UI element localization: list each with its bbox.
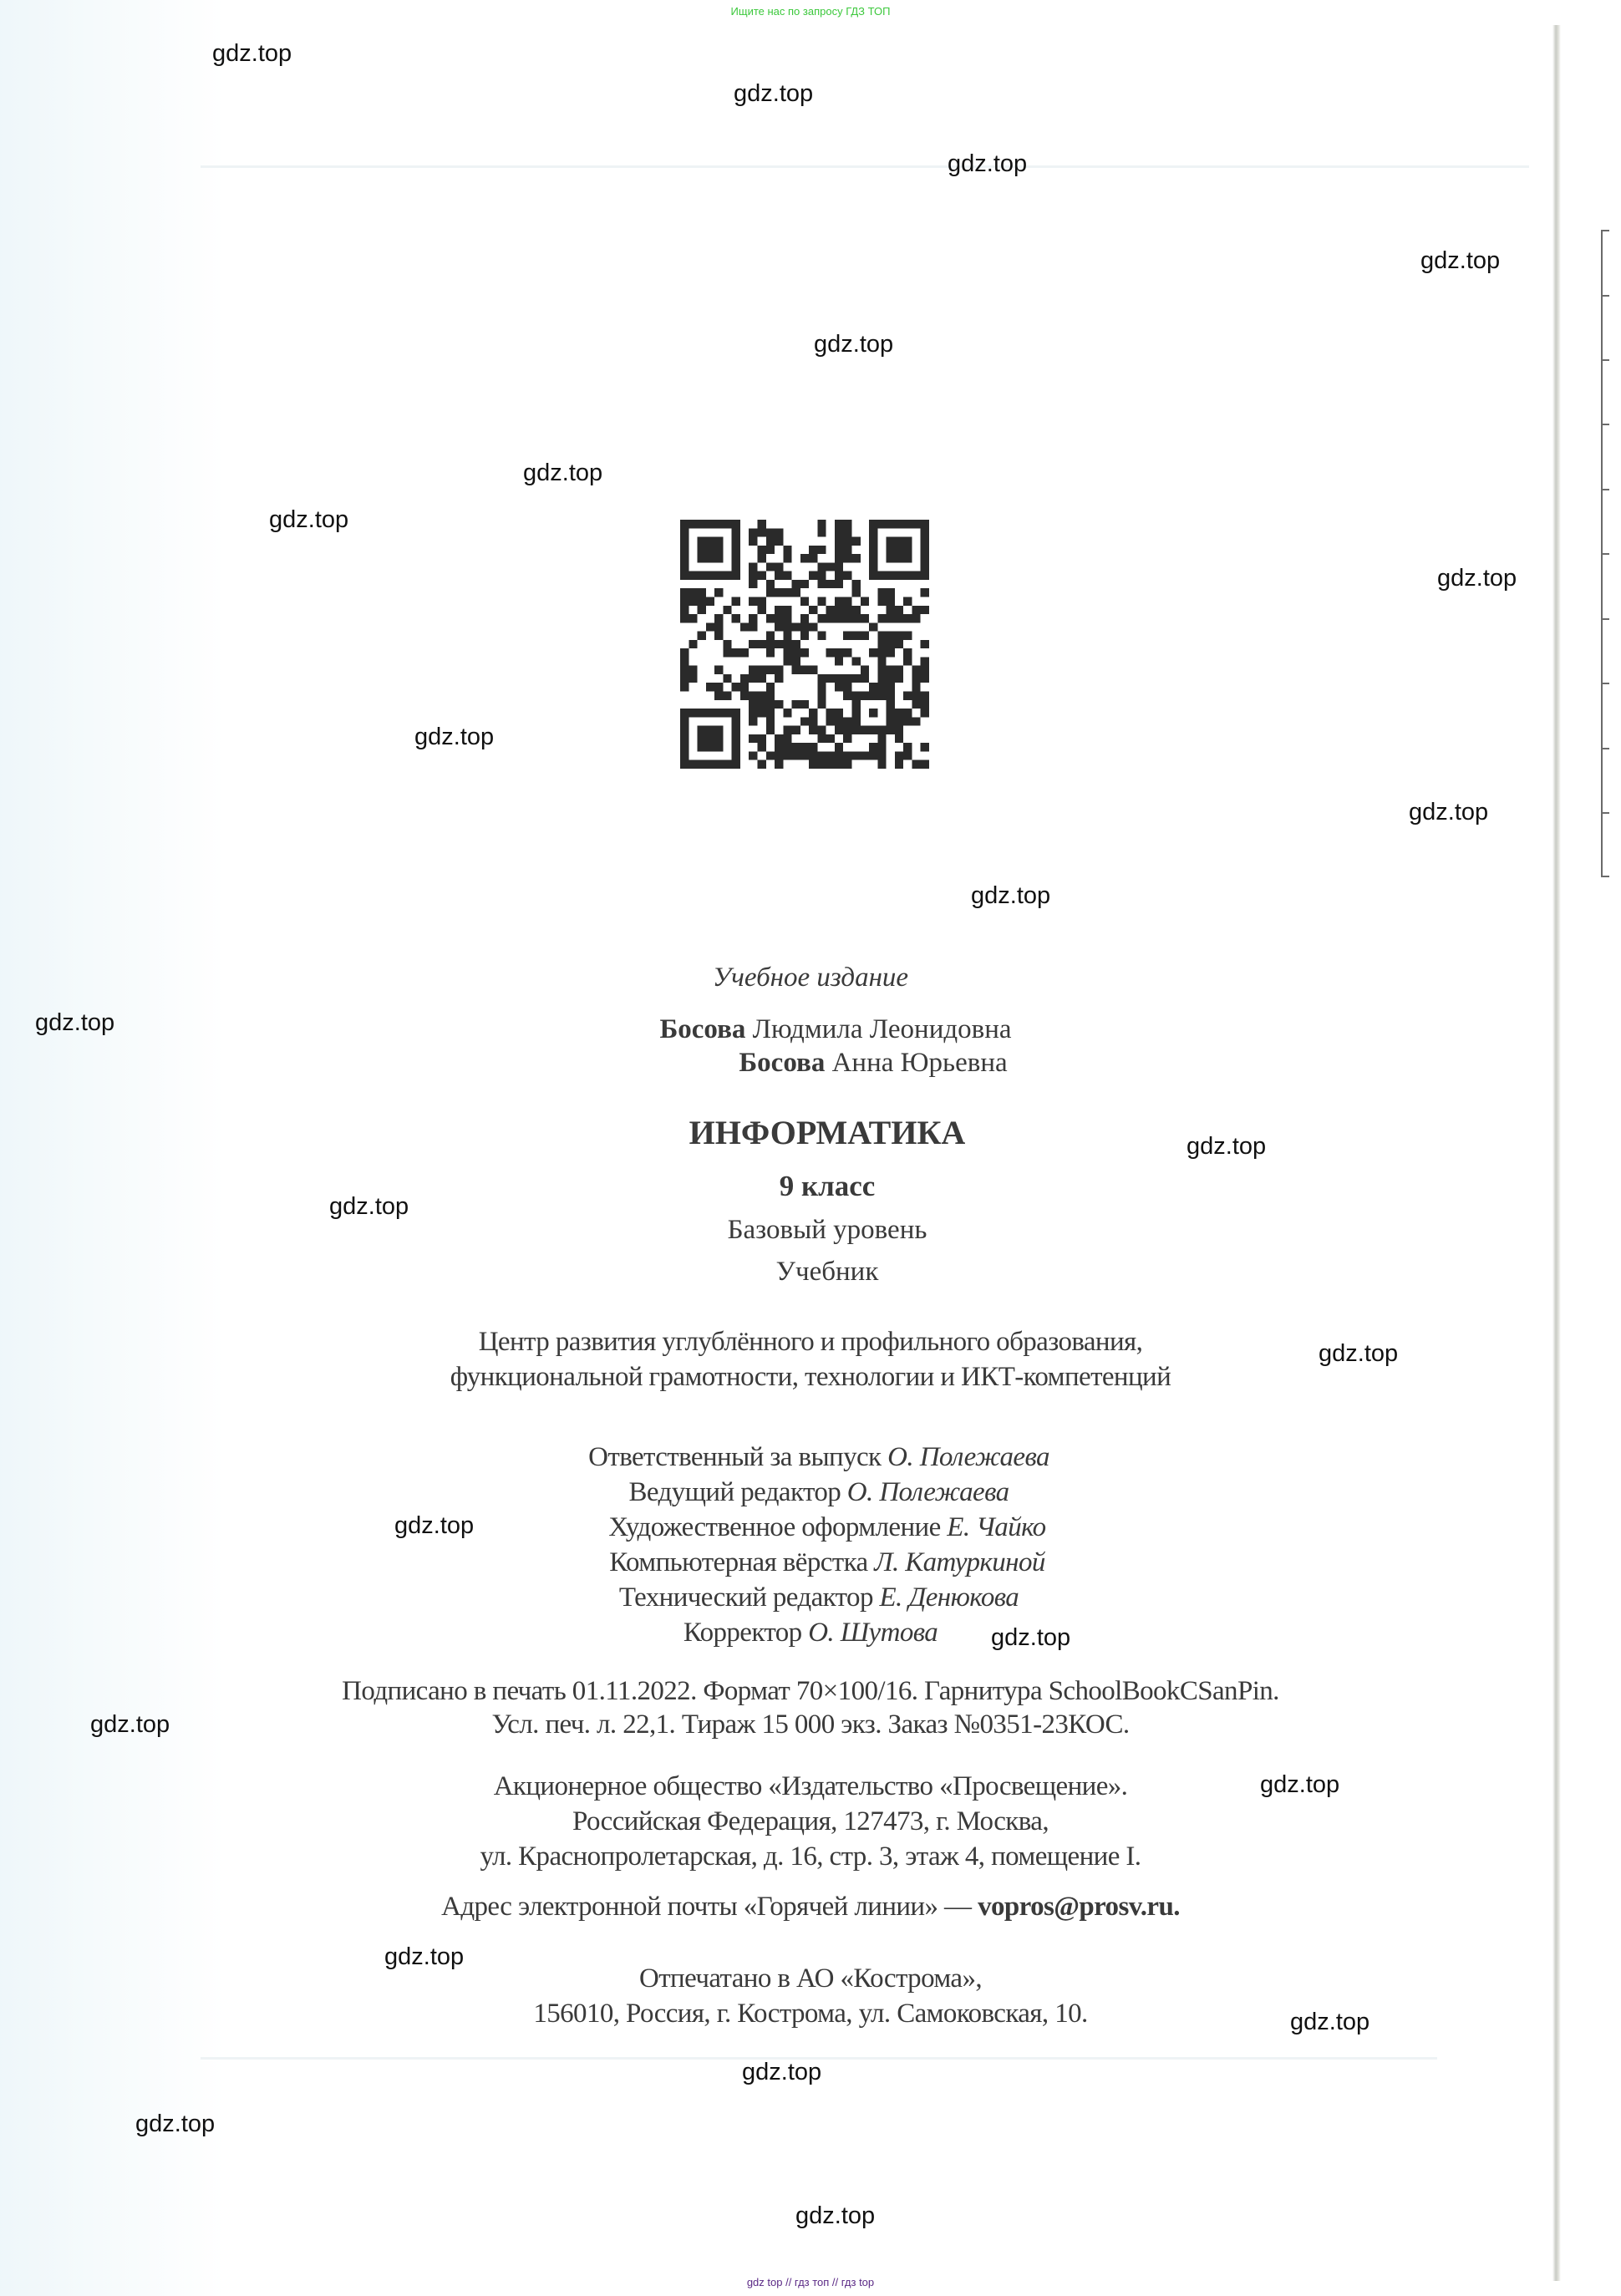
book-title: ИНФОРМАТИКА <box>0 1113 1621 1152</box>
staff-person: О. Полежаева <box>847 1477 1009 1507</box>
watermark: gdz.top <box>948 150 1027 178</box>
watermark: gdz.top <box>212 40 292 68</box>
staff-line: Ведущий редактор О. Полежаева <box>0 1477 1621 1508</box>
bleed-line <box>201 165 1529 168</box>
staff-role: Компьютерная вёрстка <box>609 1547 867 1577</box>
watermark: gdz.top <box>523 460 602 487</box>
author-name: Анна Юрьевна <box>832 1048 1008 1078</box>
staff-role: Художественное оформление <box>608 1512 940 1542</box>
staff-role: Корректор <box>683 1618 802 1648</box>
watermark: gdz.top <box>1420 247 1500 275</box>
ruler-bracket <box>1601 230 1609 877</box>
book-type: Учебник <box>0 1257 1621 1288</box>
watermark: gdz.top <box>734 80 813 108</box>
watermark: gdz.top <box>971 882 1050 910</box>
hotline-email[interactable]: vopros@prosv.ru. <box>978 1892 1180 1922</box>
staff-line: Художественное оформление Е. Чайко <box>0 1512 1621 1543</box>
watermark: gdz.top <box>269 506 348 534</box>
staff-role: Ответственный за выпуск <box>588 1442 881 1472</box>
staff-person: Е. Денюкова <box>880 1582 1019 1613</box>
author-surname: Босова <box>659 1014 745 1044</box>
staff-person: Л. Катуркиной <box>874 1547 1045 1577</box>
edition-type: Учебное издание <box>0 963 1621 993</box>
printer-line-1: Отпечатано в АО «Кострома», <box>0 1963 1621 1994</box>
publisher-line-1: Акционерное общество «Издательство «Прос… <box>0 1771 1621 1802</box>
watermark: gdz.top <box>135 2111 215 2138</box>
qr-code-icon <box>680 520 929 769</box>
watermark: gdz.top <box>814 331 893 358</box>
hotline-label: Адрес электронной почты «Горячей линии» … <box>441 1892 978 1922</box>
author-1: Босова Людмила Леонидовна <box>0 1014 1621 1045</box>
staff-person: О. Полежаева <box>887 1442 1049 1472</box>
watermark: gdz.top <box>742 2059 821 2086</box>
center-line-1: Центр развития углублённого и профильног… <box>0 1327 1621 1358</box>
publisher-line-2: Российская Федерация, 127473, г. Москва, <box>0 1806 1621 1837</box>
staff-role: Ведущий редактор <box>629 1477 841 1507</box>
staff-role: Технический редактор <box>619 1582 873 1613</box>
staff-person: О. Шутова <box>808 1618 938 1648</box>
print-info-1: Подписано в печать 01.11.2022. Формат 70… <box>0 1676 1621 1707</box>
level: Базовый уровень <box>0 1215 1621 1246</box>
hotline: Адрес электронной почты «Горячей линии» … <box>0 1892 1621 1923</box>
staff-line: Корректор О. Шутова <box>0 1618 1621 1648</box>
author-2: Босова Анна Юрьевна <box>0 1048 1621 1079</box>
staff-line: Технический редактор Е. Денюкова <box>0 1582 1621 1613</box>
publisher-line-3: ул. Краснопролетарская, д. 16, стр. 3, э… <box>0 1841 1621 1872</box>
printer-line-2: 156010, Россия, г. Кострома, ул. Самоков… <box>0 1999 1621 2029</box>
center-line-2: функциональной грамотности, технологии и… <box>0 1362 1621 1393</box>
staff-line: Ответственный за выпуск О. Полежаева <box>0 1442 1621 1473</box>
watermark: gdz.top <box>414 724 494 751</box>
top-banner: Ищите нас по запросу ГДЗ ТОП <box>0 5 1621 18</box>
staff-person: Е. Чайко <box>947 1512 1045 1542</box>
staff-line: Компьютерная вёрстка Л. Катуркиной <box>0 1547 1621 1578</box>
page-edge <box>1552 25 1561 2281</box>
watermark: gdz.top <box>1437 565 1517 592</box>
watermark: gdz.top <box>795 2202 875 2230</box>
bottom-banner: gdz top // гдз топ // гдз top <box>0 2276 1621 2288</box>
watermark: gdz.top <box>1409 799 1488 826</box>
author-surname: Босова <box>739 1048 825 1078</box>
author-name: Людмила Леонидовна <box>753 1014 1012 1044</box>
print-info-2: Усл. печ. л. 22,1. Тираж 15 000 экз. Зак… <box>0 1709 1621 1740</box>
grade: 9 класс <box>0 1170 1621 1203</box>
